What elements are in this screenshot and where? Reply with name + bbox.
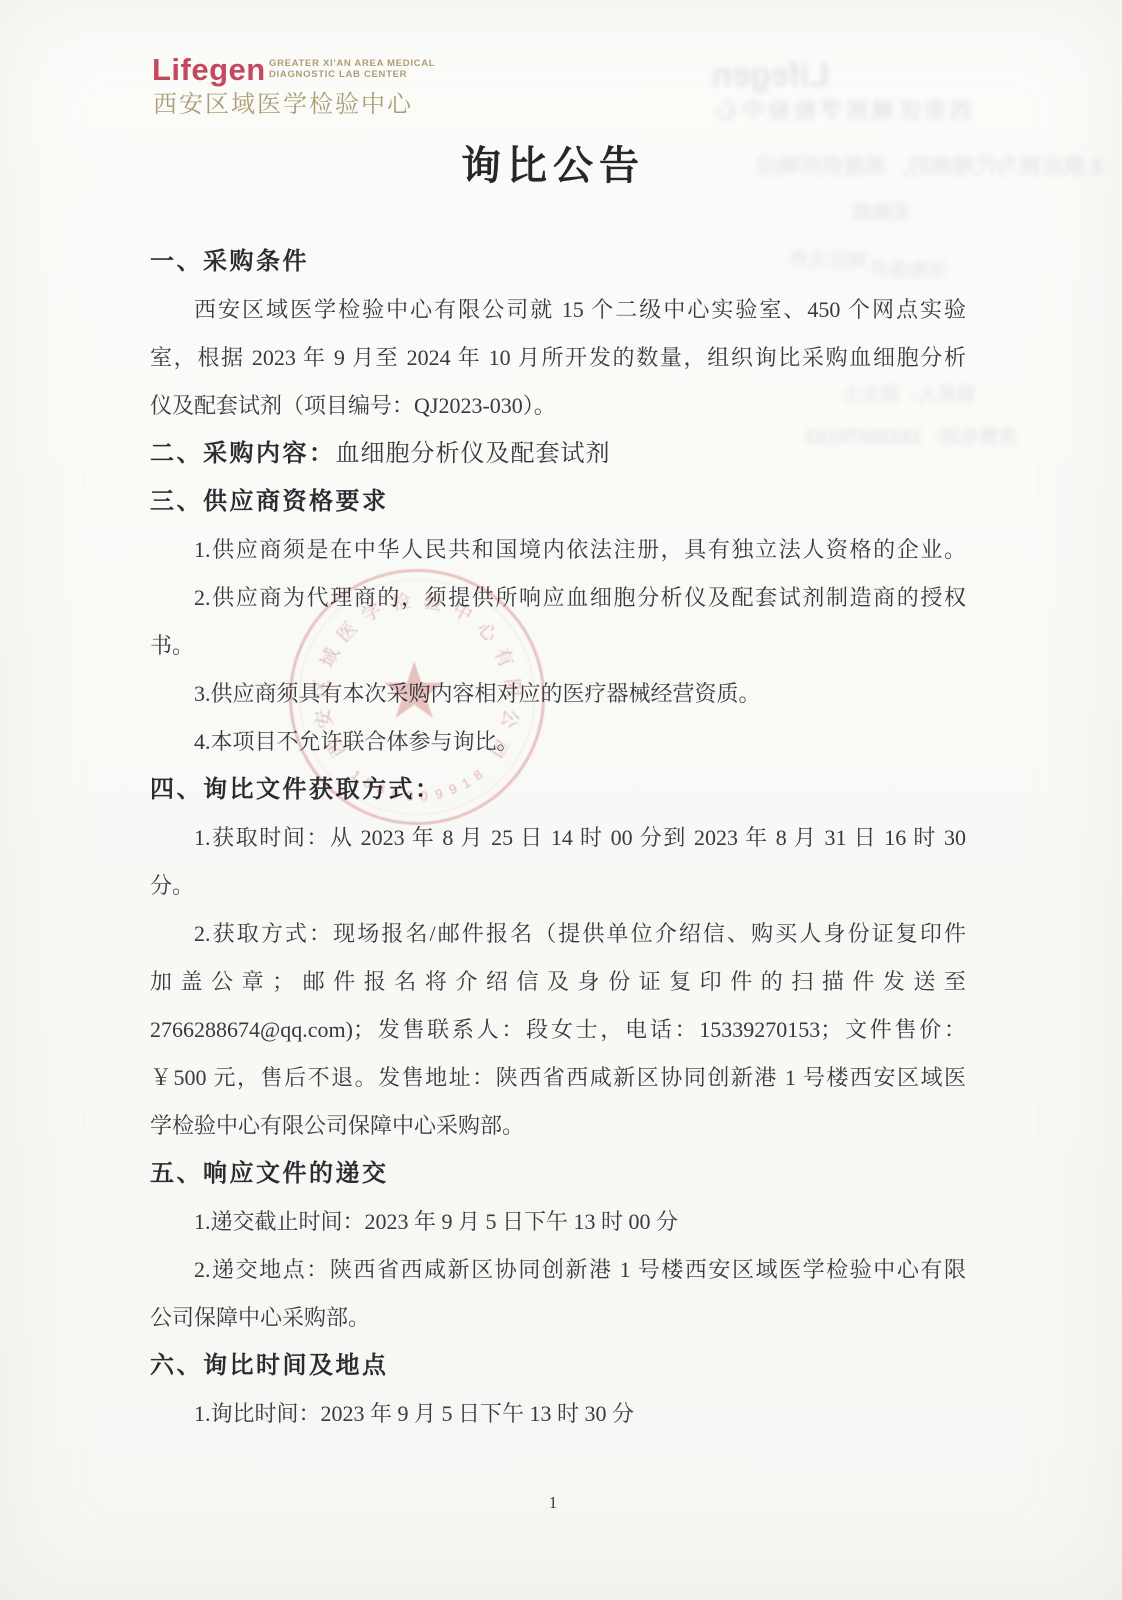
- company-logo: Lifegen GREATER XI'AN AREA MEDICAL DIAGN…: [152, 50, 582, 120]
- company-chinese-name: 西安区域医学检验中心: [153, 84, 413, 119]
- text-line: 公司保障中心采购部。: [150, 1294, 966, 1342]
- text-line: ￥500 元，售后不退。发售地址：陕西省西咸新区协同创新港 1 号楼西安区域医: [150, 1054, 966, 1102]
- text-line: 分。: [150, 862, 966, 910]
- bleedthrough-artifact: 西安区域医学检验中心: [712, 94, 972, 125]
- section-heading-line: 五、响应文件的递交: [150, 1150, 966, 1198]
- text-line: 加盖公章；邮件报名将介绍信及身份证复印件的扫描件发送至: [150, 958, 966, 1006]
- section-heading-line: 三、供应商资格要求: [150, 478, 966, 526]
- section-heading-line: 四、询比文件获取方式：: [150, 766, 966, 814]
- bleedthrough-artifact: 采购部: [852, 196, 912, 225]
- heading-prefix: 二、采购内容：: [150, 440, 336, 467]
- section-heading-line: 一、采购条件: [150, 238, 966, 286]
- section-heading-line: 六、询比时间及地点: [150, 1342, 966, 1390]
- document-title: 询比公告: [0, 134, 1106, 191]
- brand-tagline: GREATER XI'AN AREA MEDICAL DIAGNOSTIC LA…: [269, 58, 435, 80]
- text-line: 2.供应商为代理商的，须提供所响应血细胞分析仪及配套试剂制造商的授权: [150, 574, 966, 622]
- text-line: 4.本项目不允许联合体参与询比。: [150, 718, 966, 766]
- text-line: 3.供应商须具有本次采购内容相对应的医疗器械经营资质。: [150, 670, 966, 718]
- text-line: 2766288674@qq.com)；发售联系人：段女士，电话：15339270…: [150, 1006, 966, 1054]
- text-line: 仪及配套试剂（项目编号：QJ2023-030）。: [150, 382, 966, 430]
- document-body: 一、采购条件西安区域医学检验中心有限公司就 15 个二级中心实验室、450 个网…: [150, 238, 966, 1438]
- text-line: 2.递交地点：陕西省西咸新区协同创新港 1 号楼西安区域医学检验中心有限: [150, 1246, 966, 1294]
- text-line: 1.供应商须是在中华人民共和国境内依法注册，具有独立法人资格的企业。: [150, 526, 966, 574]
- text-line: 西安区域医学检验中心有限公司就 15 个二级中心实验室、450 个网点实验: [150, 286, 966, 334]
- text-line: 1.询比时间：2023 年 9 月 5 日下午 13 时 30 分: [150, 1390, 966, 1438]
- text-line: 1.递交截止时间：2023 年 9 月 5 日下午 13 时 00 分: [150, 1198, 966, 1246]
- brand-tagline-line2: DIAGNOSTIC LAB CENTER: [269, 69, 435, 80]
- text-line: 室，根据 2023 年 9 月至 2024 年 10 月所开发的数量，组织询比采…: [150, 334, 966, 382]
- text-line: 1.获取时间：从 2023 年 8 月 25 日 14 时 00 分到 2023…: [150, 814, 966, 862]
- brand-tagline-line1: GREATER XI'AN AREA MEDICAL: [269, 58, 435, 69]
- text-line: 书。: [150, 622, 966, 670]
- heading-rest: 血细胞分析仪及配套试剂: [336, 441, 611, 467]
- section-heading-line: 二、采购内容：血细胞分析仪及配套试剂: [150, 430, 966, 478]
- brand-wordmark: Lifegen: [152, 52, 266, 88]
- bleedthrough-artifact: Lifegen: [712, 56, 829, 94]
- text-line: 学检验中心有限公司保障中心采购部。: [150, 1102, 966, 1150]
- page-number: 1: [0, 1493, 1106, 1513]
- text-line: 2.获取方式：现场报名/邮件报名（提供单位介绍信、购买人身份证复印件: [150, 910, 966, 958]
